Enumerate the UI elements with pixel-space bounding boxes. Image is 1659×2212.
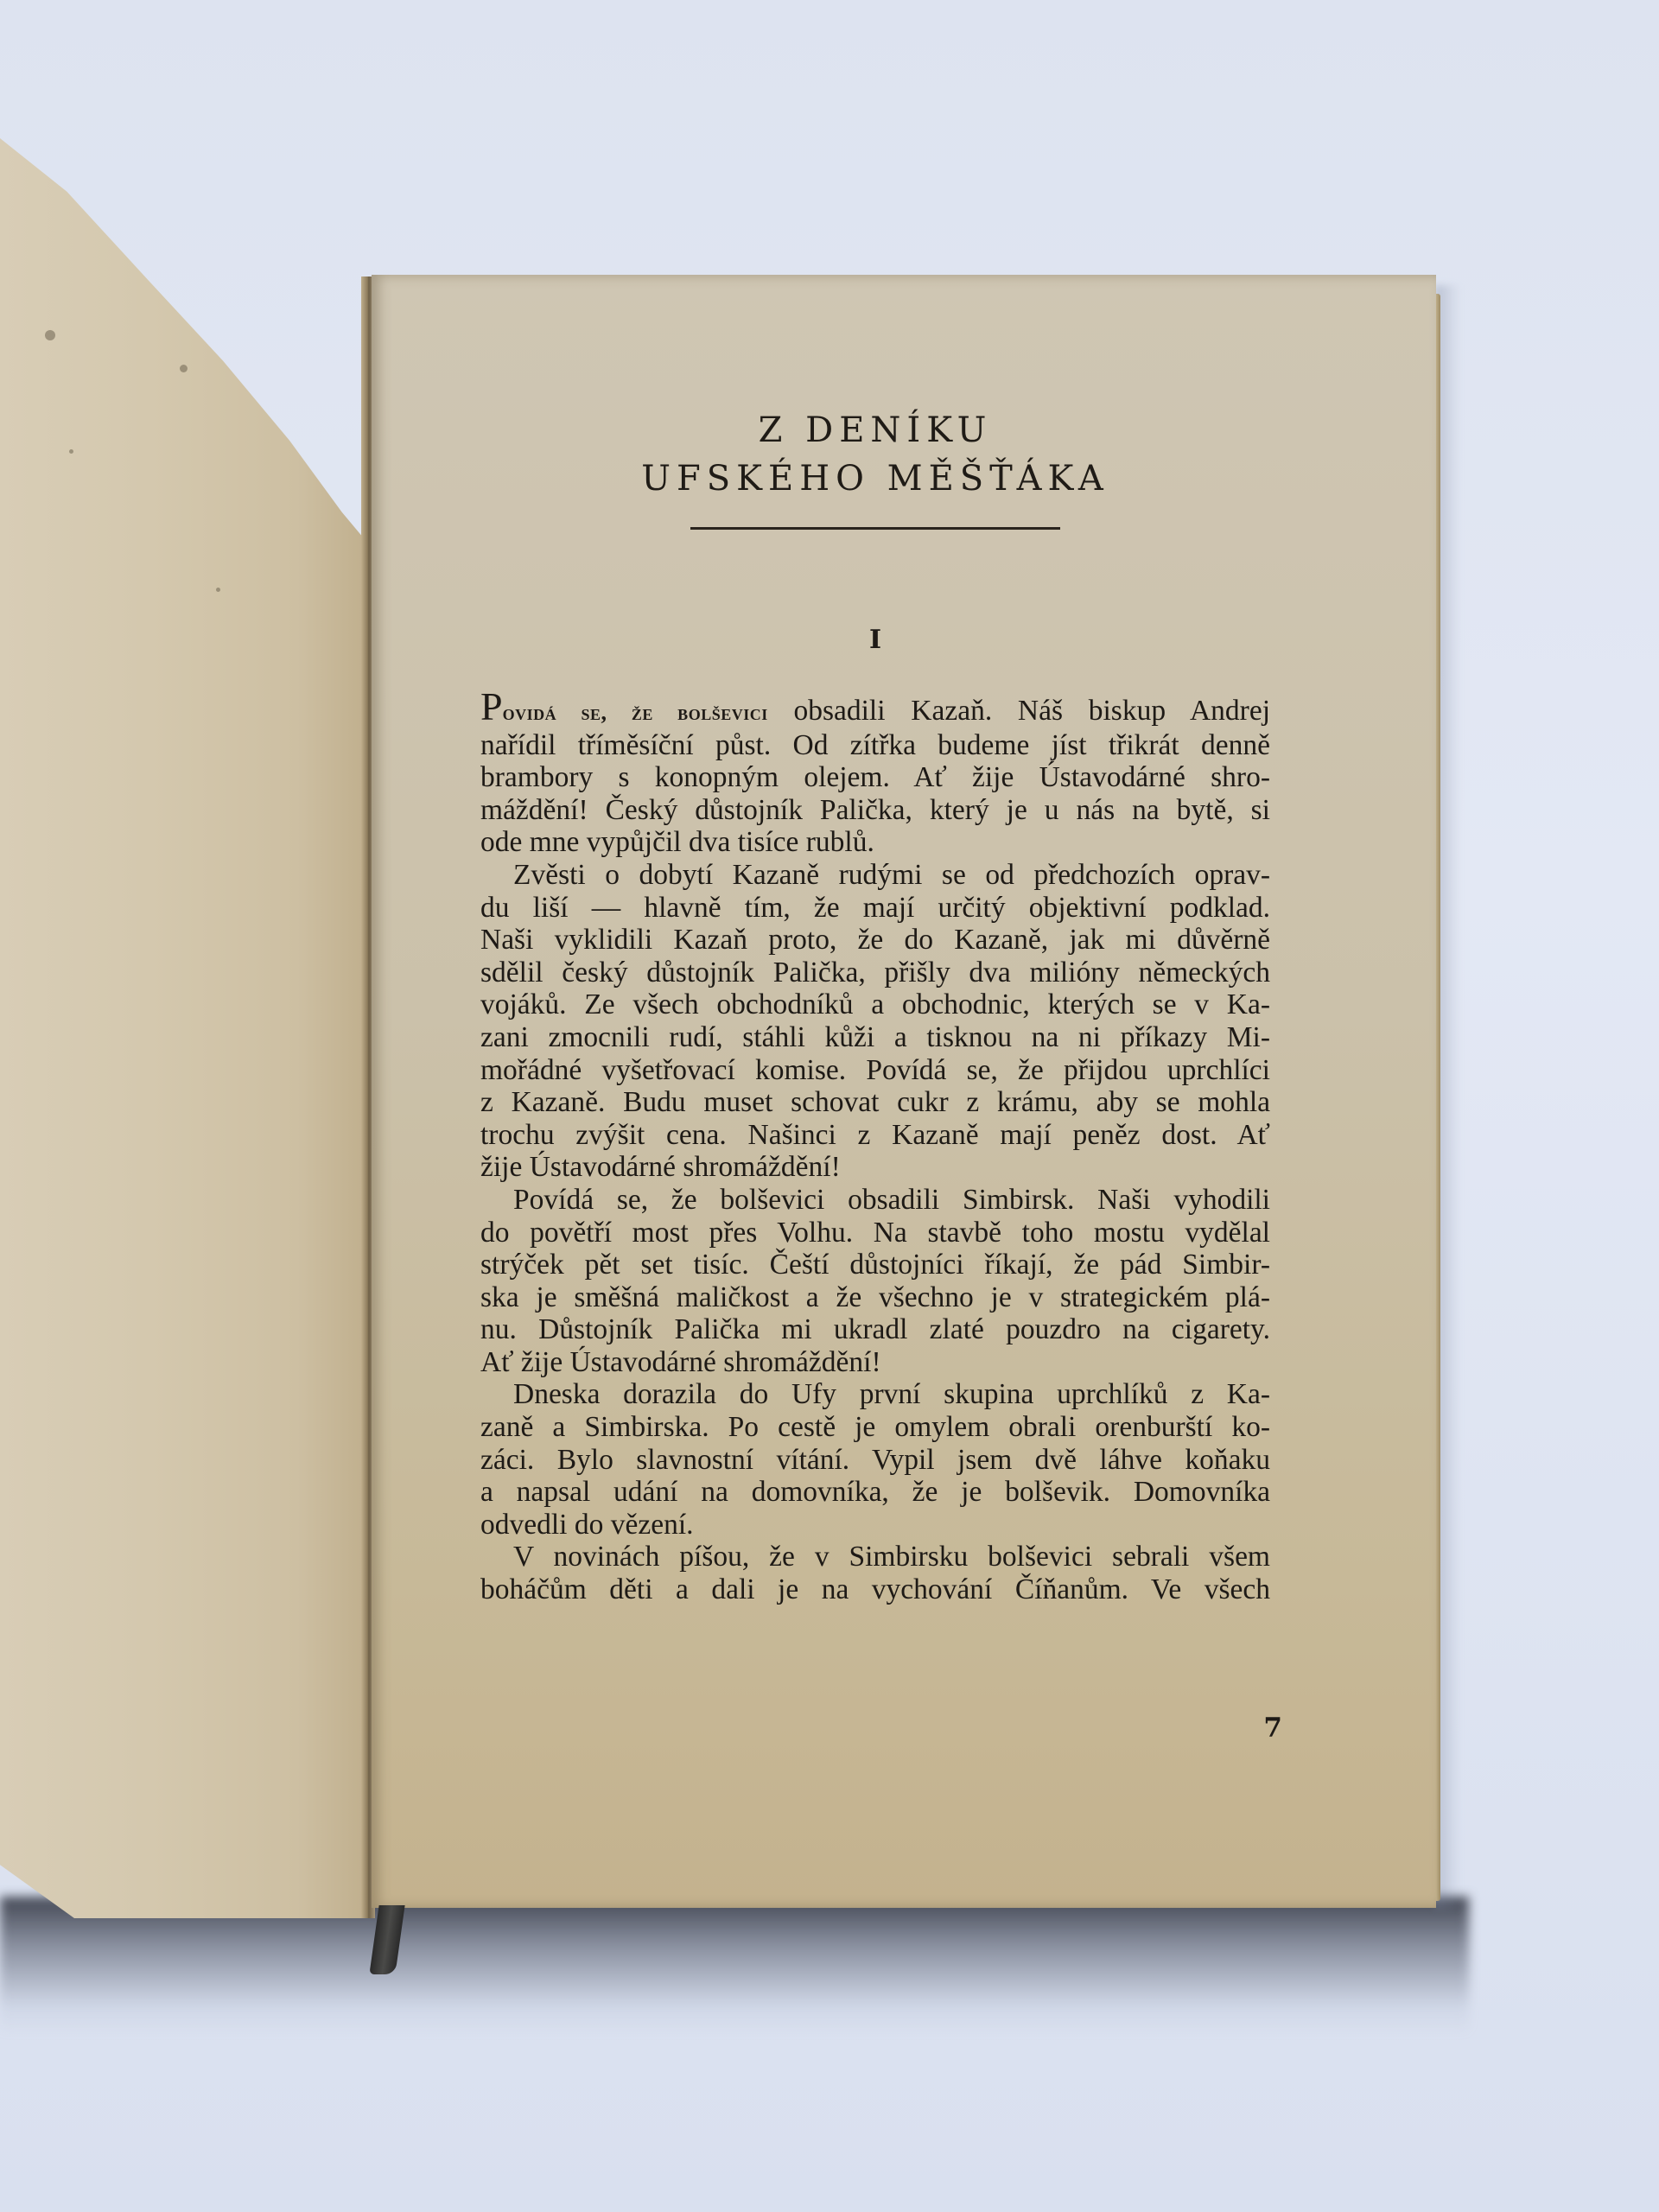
page-text-block: Z DENÍKU UFSKÉHO MĚŠŤÁKA I Povidá se, že… xyxy=(480,406,1270,1606)
paragraph: V novinách píšou, že v Simbirsku bolševi… xyxy=(480,1541,1270,1605)
text-line: Zvěsti o dobytí Kazaně rudými se od před… xyxy=(480,859,1270,892)
paper-speck xyxy=(216,588,220,592)
text-line: z Kazaně. Budu muset schovat cukr z krám… xyxy=(480,1086,1270,1119)
text-line: Ať žije Ústavodárné shromáždění! xyxy=(480,1346,1270,1379)
paragraph: Zvěsti o dobytí Kazaně rudými se od před… xyxy=(480,859,1270,1184)
text-line: odvedli do vězení. xyxy=(480,1509,1270,1541)
text-line: žije Ústavodárné shromáždění! xyxy=(480,1151,1270,1184)
left-page-blank xyxy=(0,138,372,1918)
title-divider xyxy=(690,527,1060,530)
text-line: nařídil tříměsíční půst. Od zítřka budem… xyxy=(480,729,1270,762)
title-line-2: UFSKÉHO MĚŠŤÁKA xyxy=(480,454,1270,503)
paper-speck xyxy=(45,330,55,340)
paragraph: Dneska dorazila do Ufy první skupina upr… xyxy=(480,1378,1270,1541)
text-line: strýček pět set tisíc. Čeští důstojníci … xyxy=(480,1249,1270,1281)
small-caps-lead: ovidá se, že bolševici xyxy=(503,700,768,725)
text-line: du liší — hlavně tím, že mají určitý obj… xyxy=(480,892,1270,925)
chapter-title: Z DENÍKU UFSKÉHO MĚŠŤÁKA xyxy=(480,406,1270,503)
text-line: zaně a Simbirska. Po cestě je omylem obr… xyxy=(480,1411,1270,1444)
text-line: Naši vyklidili Kazaň proto, že do Kazaně… xyxy=(480,924,1270,957)
text-line: sdělil český důstojník Palička, přišly d… xyxy=(480,957,1270,989)
text-line: V novinách píšou, že v Simbirsku bolševi… xyxy=(480,1541,1270,1573)
text-line: vojáků. Ze všech obchodníků a obchodnic,… xyxy=(480,988,1270,1021)
first-line-rest: obsadili Kazaň. Náš biskup Andrej xyxy=(768,695,1270,727)
paper-speck xyxy=(69,449,73,454)
text-line: trochu zvýšit cena. Našinci z Kazaně maj… xyxy=(480,1119,1270,1152)
text-line: mořádné vyšetřovací komise. Povídá se, ž… xyxy=(480,1054,1270,1087)
text-line: záci. Bylo slavnostní vítání. Vypil jsem… xyxy=(480,1444,1270,1477)
chapter-number: I xyxy=(480,623,1270,658)
text-line: Dneska dorazila do Ufy první skupina upr… xyxy=(480,1378,1270,1411)
text-line: zani zmocnili rudí, stáhli kůži a tiskno… xyxy=(480,1021,1270,1054)
text-line: máždění! Český důstojník Palička, který … xyxy=(480,794,1270,827)
drop-cap: P xyxy=(480,684,503,728)
title-line-1: Z DENÍKU xyxy=(480,406,1270,454)
photo-scene: Z DENÍKU UFSKÉHO MĚŠŤÁKA I Povidá se, že… xyxy=(0,0,1659,2212)
text-line: a napsal udání na domovníka, že je bolše… xyxy=(480,1476,1270,1509)
text-line: boháčům děti a dali je na vychování Číňa… xyxy=(480,1573,1270,1606)
page-number: 7 xyxy=(1248,1713,1282,1744)
text-line: ska je směšná maličkost a že všechno je … xyxy=(480,1281,1270,1314)
paragraph: Povídá se, že bolševici obsadili Simbirs… xyxy=(480,1184,1270,1379)
text-line: do povětří most přes Volhu. Na stavbě to… xyxy=(480,1217,1270,1249)
text-line: Povídá se, že bolševici obsadili Simbirs… xyxy=(480,1184,1270,1217)
paragraph: Povidá se, že bolševici obsadili Kazaň. … xyxy=(480,694,1270,859)
body-text: Povidá se, že bolševici obsadili Kazaň. … xyxy=(480,694,1270,1606)
text-line: ode mne vypůjčil dva tisíce rublů. xyxy=(480,826,1270,859)
text-line: brambory s konopným olejem. Ať žije Ústa… xyxy=(480,761,1270,794)
text-line: Povidá se, že bolševici obsadili Kazaň. … xyxy=(480,694,1270,729)
text-line: nu. Důstojník Palička mi ukradl zlaté po… xyxy=(480,1313,1270,1346)
paper-speck xyxy=(180,365,188,372)
